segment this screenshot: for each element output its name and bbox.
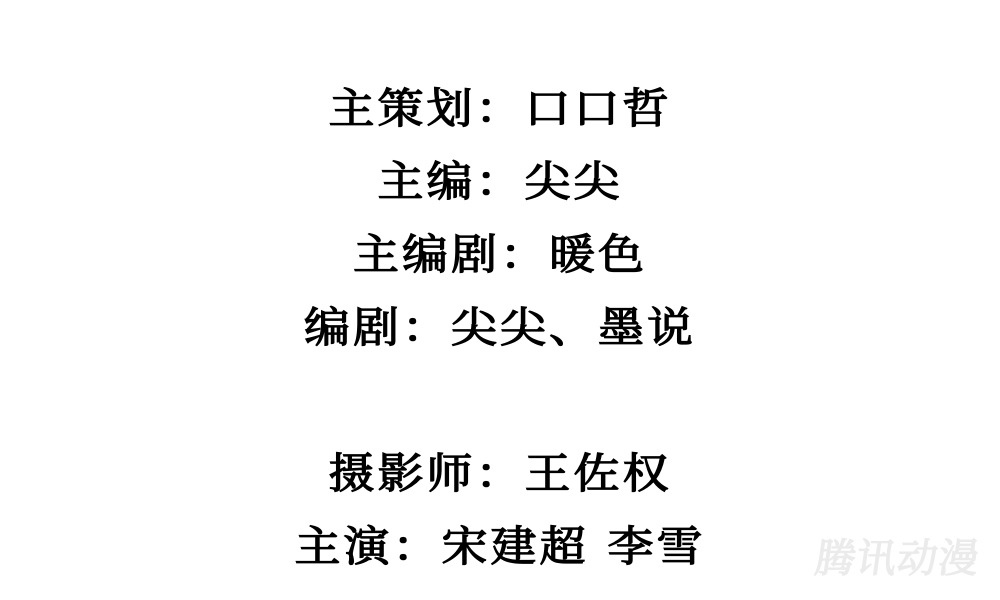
credits-group-spacer: [0, 364, 1000, 437]
tencent-comics-watermark: 腾讯动漫: [812, 527, 984, 584]
comic-credits-page: 主策划：口口哲 主编：尖尖 主编剧：暖色 编剧：尖尖、墨说 摄影师：王佐权 主演…: [0, 0, 1000, 600]
credit-line-screenwriters: 编剧：尖尖、墨说: [0, 294, 1000, 361]
credit-line-chief-editor: 主编：尖尖: [0, 148, 1000, 215]
credits-group-staff: 主策划：口口哲 主编：尖尖 主编剧：暖色 编剧：尖尖、墨说: [0, 72, 1000, 364]
credit-line-chief-planner: 主策划：口口哲: [0, 75, 1000, 142]
credit-line-chief-screenwriter: 主编剧：暖色: [0, 221, 1000, 288]
credit-line-photographer: 摄影师：王佐权: [0, 440, 1000, 507]
credits-block: 主策划：口口哲 主编：尖尖 主编剧：暖色 编剧：尖尖、墨说 摄影师：王佐权 主演…: [0, 72, 1000, 583]
